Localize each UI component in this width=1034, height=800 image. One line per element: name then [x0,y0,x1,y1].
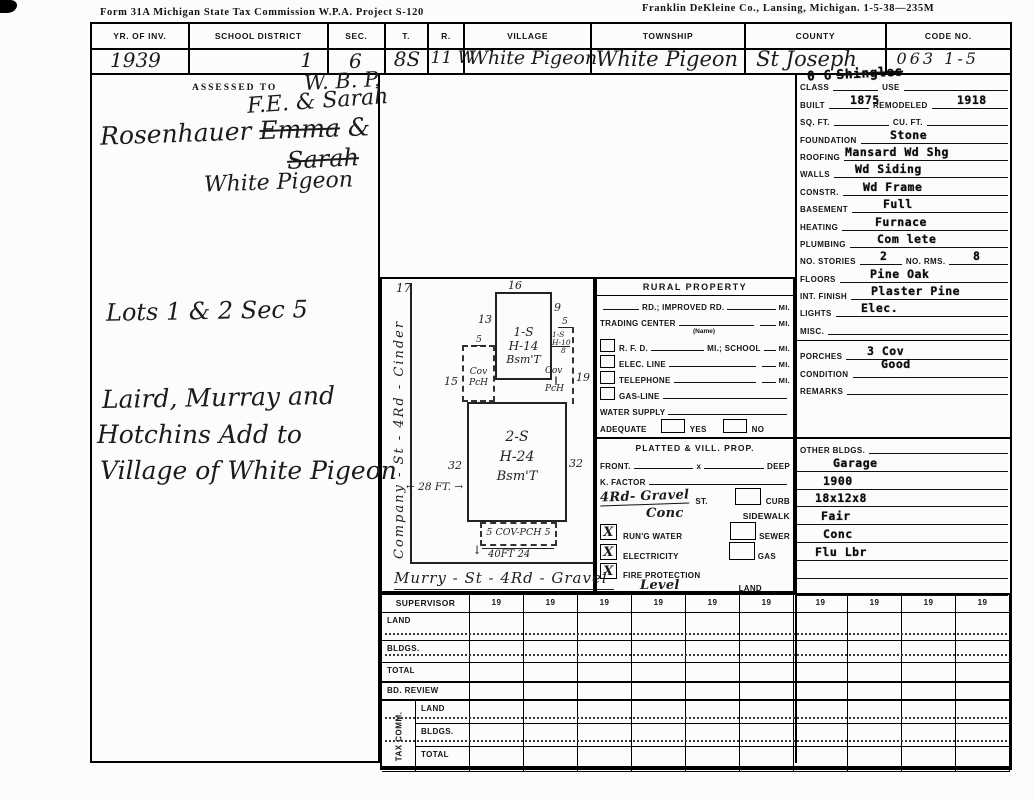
improved-rd-row: RD.; IMPROVED RD. MI. [597,296,793,312]
section-divider [795,340,1010,341]
table-cell[interactable] [470,641,524,663]
b2-basement: Bsm'T [477,467,557,487]
field-label: USE [882,83,900,92]
column-header: YR. OF INV. [92,24,188,50]
supervisor-header: SUPERVISOR [382,595,470,613]
field-row-walls: WALLS Wd Siding [795,162,1010,179]
deep-label: DEEP [767,462,790,471]
field-line [833,88,878,91]
code-no-value: 063 1-5 [897,49,979,68]
dotted-leader [385,654,1007,656]
field-line [853,375,1009,378]
field-line [927,123,1008,126]
table-cell[interactable] [902,747,956,772]
field-label: CU. FT. [893,118,923,127]
ext-height-corr: 8 [561,347,570,355]
field-line [847,392,1008,395]
blank-line [760,323,776,326]
table-cell[interactable] [848,747,902,772]
no-label: NO [752,425,765,434]
table-cell[interactable] [956,747,1010,772]
table-cell[interactable] [740,641,794,663]
field-label: BUILT [800,101,825,110]
gas-label: GAS [758,552,776,561]
col-code-no: CODE NO. 063 1-5 [887,24,1010,73]
table-cell[interactable] [740,701,794,724]
int-finish-value: Plaster Pine [871,284,960,298]
gas-checkbox[interactable] [729,542,755,560]
other-bldgs-header: OTHER BLDGS. [795,437,1010,455]
col-sec: SEC. 6 [329,24,386,73]
other-bldg-row: Fair [795,508,1010,526]
ext-porch-cov: Cov [545,367,564,376]
table-cell[interactable] [686,663,740,683]
field-label: ROOFING [800,153,840,162]
blank-line [764,348,776,351]
field-row-constr: CONSTR. Wd Frame [795,179,1010,196]
front-label: FRONT. [600,462,631,471]
rfd-row: R. F. D. MI.; SCHOOL MI. [597,337,793,353]
ext-dim-right: 19 [576,371,590,384]
water-supply-label: WATER SUPPLY [600,408,665,417]
table-cell[interactable] [578,724,632,747]
bp-dim: 40FT 24 [488,549,530,560]
field-row-misc: MISC. [795,318,1010,335]
table-cell[interactable] [794,683,848,701]
elec-line-checkbox[interactable] [600,355,615,368]
bp-label: 5 COV-PCH 5 [482,527,555,538]
field-label: SQ. FT. [800,118,830,127]
table-cell[interactable] [848,683,902,701]
owner-panel: ASSESSED TO W. B. P. F.E. & Sarah Rosenh… [90,75,380,763]
blank-line [704,466,764,469]
mi-label: MI. [779,344,790,353]
printer-header: Franklin DeKleine Co., Lansing, Michigan… [642,3,934,14]
other-bldg-row-empty [795,562,1010,580]
school-district-value: 1 [300,48,313,72]
field-label: CONDITION [800,370,849,379]
blank-line [668,412,787,415]
yes-label: YES [690,425,707,434]
built-value: 1875 [850,93,880,107]
year-header: 19 [848,595,902,613]
field-line [834,123,889,126]
rural-property-panel: RURAL PROPERTY RD.; IMPROVED RD. MI. TRA… [595,277,795,593]
b2-height: H-24 [477,447,557,467]
owner-ampersand: & [347,112,370,142]
note-number: 0 6 [807,68,833,84]
lp-pch: PcH [463,378,494,389]
table-cell[interactable] [956,613,1010,641]
field-row-heating: HEATING Furnace [795,214,1010,231]
other-bldg-foundation: Conc [823,527,853,541]
year-header: 19 [740,595,794,613]
b1-dim-right: 9 [554,301,561,314]
sidewalk-handwritten: Conc [646,506,684,521]
tc-land-row-label: LAND [416,701,470,724]
form-right-border [1010,75,1012,770]
field-row-int-finish: INT. FINISH Plaster Pine [795,284,1010,301]
township-value: White Pigeon [596,47,738,71]
total-row-label: TOTAL [382,663,470,683]
x-mark: X [603,564,613,579]
tc-total-row-label: TOTAL [416,747,470,772]
yr-of-inv-value: 1939 [110,48,161,72]
platted-section: PLATTED & VILL. PROP. FRONT. x DEEP K. F… [597,437,793,593]
electricity-label: ELECTRICITY [623,552,679,561]
table-cell[interactable] [686,724,740,747]
school-label: MI.; SCHOOL [707,344,761,353]
gas-line-checkbox[interactable] [600,387,615,400]
rfd-checkbox[interactable] [600,339,615,352]
field-row-roofing: ROOFING Mansard Wd Shg [795,145,1010,162]
street-name-bottom: Murry - St - 4Rd - Gravel [394,569,614,590]
remodeled-value: 1918 [957,93,987,107]
field-row-stories: NO. STORIES NO. RMS. 2 8 [795,249,1010,266]
b1-dim-left: 13 [478,313,492,326]
name-hint: (Name) [597,328,793,337]
front-setback-arrow: ← 28 FT. → [406,481,463,493]
land-row: Level LAND [597,580,793,593]
legal-addition-2: Hotchins Add to [97,420,302,449]
field-row-built: BUILT REMODELED 1875 1918 [795,92,1010,109]
table-cell[interactable] [740,747,794,772]
table-cell[interactable] [902,683,956,701]
k-factor-row: K. FACTOR [597,471,793,487]
b1-dim-top: 16 [508,279,522,292]
table-cell[interactable] [470,701,524,724]
table-cell[interactable] [902,641,956,663]
table-cell[interactable] [470,613,524,641]
sidewalk-row: Conc SIDEWALK [597,506,793,521]
other-bldgs-title: OTHER BLDGS. [800,446,865,455]
other-bldg-size: 18x12x8 [815,491,867,505]
other-bldg-row: Garage [795,455,1010,473]
adequate-row: ADEQUATE YES NO [597,417,793,434]
mi-label: MI. [779,376,790,385]
other-bldg-condition: Fair [821,509,851,523]
stories-value: 2 [880,249,887,263]
table-cell[interactable] [524,724,578,747]
ext-dashed-line [572,327,574,404]
building-data-panel: 0 6 Shingles CLASS USE BUILT REMODELED 1… [795,75,1010,396]
form-number-header: Form 31A Michigan State Tax Commission W… [100,7,424,18]
tax-comm-label-cell: TAX COMM. [382,701,416,772]
field-label: PORCHES [800,352,842,361]
other-bldg-material: Flu Lbr [815,545,867,559]
sewer-label: SEWER [759,532,790,541]
dotted-leader [385,717,1007,719]
table-cell[interactable] [848,641,902,663]
improved-rd-label: RD.; IMPROVED RD. [642,303,724,312]
yes-checkbox[interactable] [661,419,685,433]
tax-assessment-form-scan: Form 31A Michigan State Tax Commission W… [0,0,1034,800]
b1-height: H-14 [499,339,548,353]
b2-labels: 2-S H-24 Bsm'T [477,427,557,487]
field-row-floors: FLOORS Pine Oak [795,266,1010,283]
year-header: 19 [632,595,686,613]
street-name-left: Company - St - 4Rd - Cinder [392,320,407,559]
roofing-value: Mansard Wd Shg [845,145,949,159]
column-header: CODE NO. [887,24,1010,50]
table-cell[interactable] [632,641,686,663]
x-mark: X [603,545,613,560]
field-row-remarks: REMARKS [795,379,1010,396]
street-type-row: 4Rd- Gravel ST. CURB [597,487,793,506]
land-row-label: LAND [382,613,470,641]
blank-line [651,348,704,351]
column-header: SCHOOL DISTRICT [190,24,327,50]
table-cell[interactable] [470,683,524,701]
field-label: FOUNDATION [800,136,857,145]
field-line [797,576,1008,579]
table-cell[interactable] [794,663,848,683]
trading-center-label: TRADING CENTER [600,319,676,328]
ext-dim: 5 [558,317,572,328]
assessed-to-label: ASSESSED TO [192,83,277,93]
street-type-handwritten: 4Rd- Gravel [600,487,690,506]
bd-review-row-label: BD. REVIEW [382,683,470,701]
t-value: 8S [394,47,420,71]
col-township: TOWNSHIP White Pigeon [592,24,746,73]
rural-property-title: RURAL PROPERTY [597,279,793,296]
owner-struck-name: Emma [259,113,341,145]
table-cell[interactable] [686,641,740,663]
blank-line [727,307,775,310]
street-line-left [410,283,412,562]
field-row-sqft: SQ. FT. CU. FT. [795,110,1010,127]
mi-label: MI. [779,319,790,328]
table-cell[interactable] [524,701,578,724]
table-cell[interactable] [632,701,686,724]
table-cell[interactable] [956,641,1010,663]
col-yr-of-inv: YR. OF INV. 1939 [92,24,190,73]
field-row-foundation: FOUNDATION Stone [795,127,1010,144]
table-cell[interactable] [686,701,740,724]
table-cell[interactable] [632,724,686,747]
table-cell[interactable] [524,613,578,641]
year-header: 19 [686,595,740,613]
other-bldg-row: 1900 [795,473,1010,491]
table-cell[interactable] [956,683,1010,701]
curb-checkbox[interactable] [735,488,761,505]
table-cell[interactable] [632,683,686,701]
mi-label: MI. [779,360,790,369]
field-label: FLOORS [800,275,836,284]
blank-line [603,307,639,310]
x-label: x [696,462,701,471]
table-cell[interactable] [686,613,740,641]
electricity-checkbox[interactable]: X [600,544,617,560]
other-bldg-row: Conc [795,526,1010,544]
table-cell[interactable] [740,613,794,641]
other-bldg-year: 1900 [823,474,853,488]
blank-line [762,364,776,367]
floors-value: Pine Oak [870,267,929,281]
b1-basement: Bsm'T [499,353,548,366]
running-water-row: X RUN'G WATER SEWER [597,521,793,541]
platted-title: PLATTED & VILL. PROP. [597,441,793,455]
constr-value: Wd Frame [863,180,922,194]
year-header: 19 [794,595,848,613]
table-cell[interactable] [578,747,632,772]
table-cell[interactable] [470,747,524,772]
street-line-bottom [410,562,594,564]
condition-value: Good [881,357,911,371]
field-label: NO. STORIES [800,257,856,266]
col-village: VILLAGE White Pigeon [465,24,591,73]
lp-dim: 5 [472,335,486,346]
gas-line-label: GAS-LINE [619,392,660,401]
no-checkbox[interactable] [723,419,747,433]
year-header: 19 [524,595,578,613]
table-cell[interactable] [902,724,956,747]
b2-dim-right: 32 [569,457,583,470]
table-cell[interactable] [686,683,740,701]
foundation-value: Stone [890,128,927,142]
table-cell[interactable] [848,724,902,747]
year-header: 19 [470,595,524,613]
bldgs-row-label: BLDGS. [382,641,470,663]
field-line [869,451,1008,454]
table-cell[interactable] [632,613,686,641]
dotted-leader [385,740,1007,742]
table-cell[interactable] [740,724,794,747]
fire-protection-checkbox[interactable]: X [600,563,617,579]
table-cell[interactable] [848,701,902,724]
table-cell[interactable] [632,663,686,683]
scan-artifact-blob [0,0,17,13]
field-label: WALLS [800,170,830,179]
table-cell[interactable] [578,613,632,641]
table-cell[interactable] [956,701,1010,724]
table-cell[interactable] [794,701,848,724]
tc-bldgs-row-label: BLDGS. [416,724,470,747]
year-header: 19 [956,595,1010,613]
legal-lots: Lots 1 & 2 Sec 5 [106,295,308,327]
field-label: PLUMBING [800,240,846,249]
rooms-value: 8 [973,249,980,263]
owner-city: White Pigeon [204,167,354,197]
table-cell[interactable] [632,747,686,772]
walls-value: Wd Siding [855,162,922,176]
table-cell[interactable] [902,663,956,683]
table-cell[interactable] [524,641,578,663]
table-cell[interactable] [794,724,848,747]
field-label: NO. RMS. [906,257,946,266]
sidewalk-label: SIDEWALK [743,511,790,521]
col-t: T. 8S [386,24,429,73]
table-cell[interactable] [524,663,578,683]
village-value: White Pigeon [468,47,597,69]
table-cell[interactable] [524,747,578,772]
rfd-label: R. F. D. [619,344,648,353]
bp-arrow-down: ↓ [472,543,482,557]
field-line [797,469,1008,472]
table-cell[interactable] [578,701,632,724]
blank-line [634,466,694,469]
telephone-label: TELEPHONE [619,376,671,385]
col-school-district: SCHOOL DISTRICT 1 [190,24,329,73]
table-cell[interactable] [740,663,794,683]
field-row-lights: LIGHTS Elec. [795,301,1010,318]
table-cell[interactable] [848,663,902,683]
table-cell[interactable] [902,701,956,724]
table-cell[interactable] [578,641,632,663]
sketch-corner-note: 17 [396,281,411,295]
b2-dim-left: 32 [448,459,462,472]
telephone-checkbox[interactable] [600,371,615,384]
field-label: HEATING [800,223,838,232]
table-cell[interactable] [902,613,956,641]
field-line [828,332,1008,335]
lp-labels: Cov PcH [463,367,494,389]
telephone-row: TELEPHONE MI. [597,369,793,385]
blank-line [669,364,756,367]
elec-line-row: ELEC. LINE MI. [597,353,793,369]
blank-line [762,380,776,383]
lp-dim-left: 15 [444,375,458,388]
table-cell[interactable] [794,747,848,772]
field-label: CONSTR. [800,188,839,197]
curb-label: CURB [766,497,790,506]
table-cell[interactable] [740,683,794,701]
other-bldg-row: 18x12x8 [795,491,1010,509]
table-cell[interactable] [794,641,848,663]
table-cell[interactable] [578,663,632,683]
building-panel-left-border [795,75,797,763]
table-cell[interactable] [956,724,1010,747]
running-water-checkbox[interactable]: X [600,524,617,540]
year-header: 19 [578,595,632,613]
field-line [904,88,1008,91]
table-cell[interactable] [956,663,1010,683]
elec-line-label: ELEC. LINE [619,360,666,369]
lights-value: Elec. [861,301,898,315]
land-label: LAND [739,584,762,593]
col-r: R. 11 W [429,24,466,73]
basement-value: Full [883,197,913,211]
ext-porch-labels: Cov ‖ PcH [545,367,564,394]
field-row-condition: CONDITION Good [795,361,1010,378]
table-cell[interactable] [578,683,632,701]
table-cell[interactable] [470,663,524,683]
water-supply-row: WATER SUPPLY [597,401,793,417]
x-mark: X [603,525,613,540]
dotted-leader [385,633,1007,635]
k-factor-label: K. FACTOR [600,478,646,487]
running-water-label: RUN'G WATER [623,532,682,541]
table-cell[interactable] [848,613,902,641]
gas-line-row: GAS-LINE [597,385,793,401]
field-label: REMARKS [800,387,843,396]
field-row-basement: BASEMENT Full [795,197,1010,214]
table-cell[interactable] [686,747,740,772]
table-cell[interactable] [470,724,524,747]
sewer-checkbox[interactable] [730,522,756,540]
legal-addition-1: Laird, Murray and [102,381,335,414]
plumbing-value: Com lete [877,232,936,246]
field-label: INT. FINISH [800,292,847,301]
other-bldg-row: Flu Lbr [795,544,1010,562]
blank-line [649,482,787,485]
field-line [861,141,1008,144]
note-struck-word: Shingles [836,64,903,82]
field-line [852,210,1008,213]
table-cell[interactable] [794,613,848,641]
table-cell[interactable] [524,683,578,701]
column-header: SEC. [329,24,384,50]
